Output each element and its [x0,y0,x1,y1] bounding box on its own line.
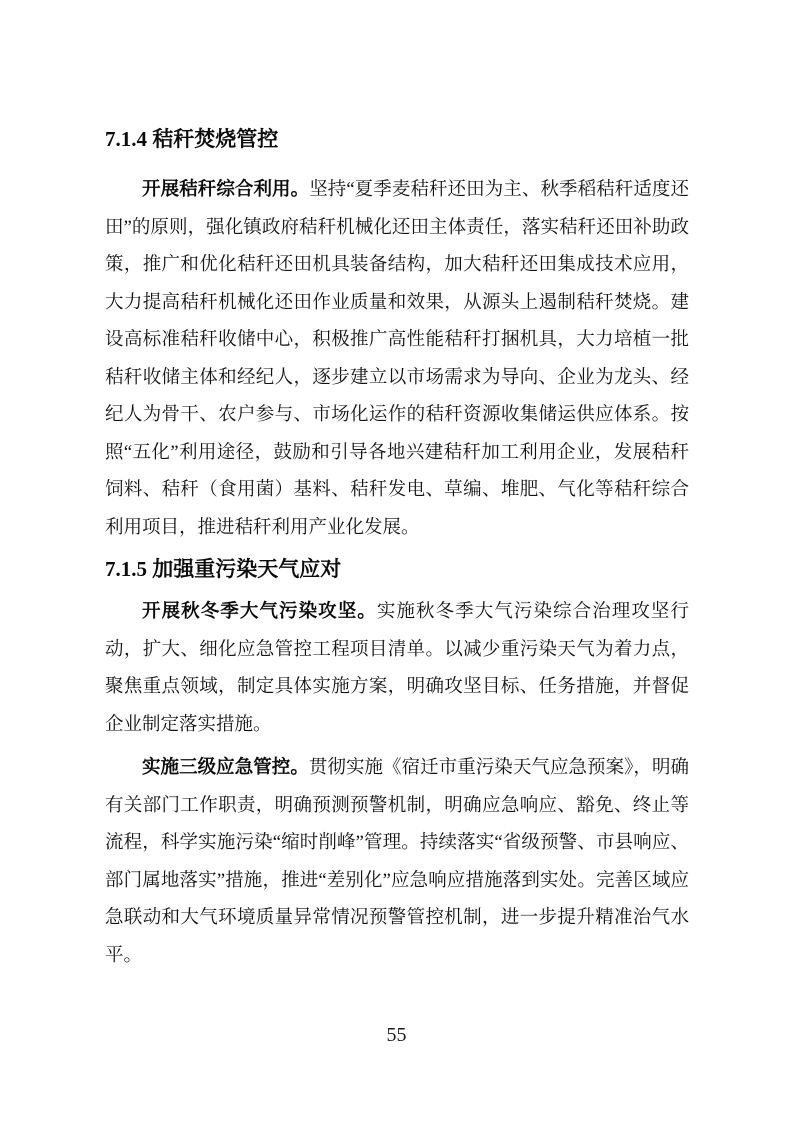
paragraph-emergency-control: 实施三级应急管控。贯彻实施《宿迁市重污染天气应急预案》，明确有关部门工作职责，明… [105,750,689,975]
paragraph-autumn-winter-campaign: 开展秋冬季大气污染攻坚。实施秋冬季大气污染综合治理攻坚行动，扩大、细化应急管控工… [105,594,689,744]
section-heading-7-1-4: 7.1.4 秸秆焚烧管控 [105,120,689,158]
paragraph-lead: 实施三级应急管控。 [142,758,309,778]
paragraph-body: 坚持“夏季麦秸秆还田为主、秋季稻秸秆适度还田”的原则，强化镇政府秸秆机械化还田主… [105,180,689,538]
paragraph-body: 贯彻实施《宿迁市重污染天气应急预案》，明确有关部门工作职责，明确预测预警机制，明… [105,758,689,966]
section-heading-7-1-5: 7.1.5 加强重污染天气应对 [105,550,689,588]
page-content: 7.1.4 秸秆焚烧管控 开展秸秆综合利用。坚持“夏季麦秸秆还田为主、秋季稻秸秆… [105,120,689,975]
paragraph-lead: 开展秋冬季大气污染攻坚。 [142,602,377,622]
page-number: 55 [0,1022,793,1048]
paragraph-straw-utilization: 开展秸秆综合利用。坚持“夏季麦秸秆还田为主、秋季稻秸秆适度还田”的原则，强化镇政… [105,172,689,547]
paragraph-lead: 开展秸秆综合利用。 [142,180,309,200]
document-page: 7.1.4 秸秆焚烧管控 开展秸秆综合利用。坚持“夏季麦秸秆还田为主、秋季稻秸秆… [0,0,793,1122]
